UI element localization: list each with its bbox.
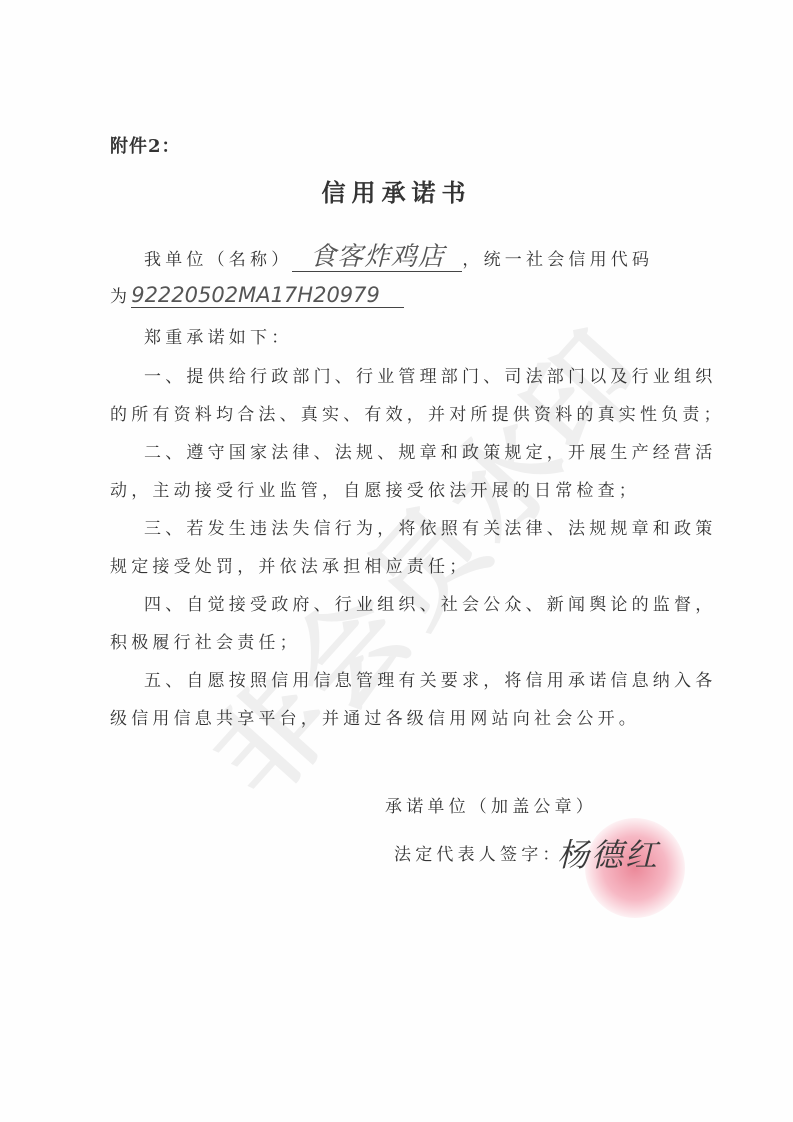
item-5-line-2: 级信用信息共享平台，并通过各级信用网站向社会公开。 — [110, 704, 640, 729]
item-5-line-1: 五、自愿按照信用信息管理有关要求，将信用承诺信息纳入各 — [144, 666, 716, 691]
intro-line-1: 我单位（名称）食客炸鸡店，统一社会信用代码 — [144, 243, 653, 272]
unit-name-field[interactable]: 食客炸鸡店 — [292, 243, 462, 272]
legal-rep-signature[interactable]: 杨德红 — [557, 830, 659, 876]
document-page: 非会员水印 附件2： 信用承诺书 我单位（名称）食客炸鸡店，统一社会信用代码 为… — [0, 0, 793, 1122]
item-1-line-1: 一、提供给行政部门、行业管理部门、司法部门以及行业组织 — [144, 362, 716, 387]
credit-code-field[interactable]: 92220502MA17H20979 — [131, 283, 404, 308]
attachment-label: 附件2： — [110, 132, 181, 158]
pledge-heading: 郑重承诺如下： — [144, 323, 292, 348]
item-2-line-2: 动，主动接受行业监管，自愿接受依法开展的日常检查； — [110, 476, 640, 501]
item-1-line-2: 的所有资料均合法、真实、有效，并对所提供资料的真实性负责； — [110, 400, 725, 425]
legal-rep-label: 法定代表人签字： — [394, 840, 564, 865]
intro-suffix: ，统一社会信用代码 — [462, 250, 653, 270]
item-3-line-2: 规定接受处罚，并依法承担相应责任； — [110, 552, 470, 577]
item-2-line-1: 二、遵守国家法律、法规、规章和政策规定，开展生产经营活 — [144, 438, 716, 463]
intro-line-2: 为92220502MA17H20979 — [110, 282, 404, 308]
document-title: 信用承诺书 — [0, 173, 793, 208]
item-4-line-1: 四、自觉接受政府、行业组织、社会公众、新闻舆论的监督， — [144, 590, 716, 615]
code-prefix: 为 — [110, 287, 131, 307]
item-3-line-1: 三、若发生违法失信行为，将依照有关法律、法规规章和政策 — [144, 514, 716, 539]
pledging-unit-label: 承诺单位（加盖公章） — [385, 792, 597, 817]
intro-prefix: 我单位（名称） — [144, 250, 292, 270]
item-4-line-2: 积极履行社会责任； — [110, 628, 301, 653]
